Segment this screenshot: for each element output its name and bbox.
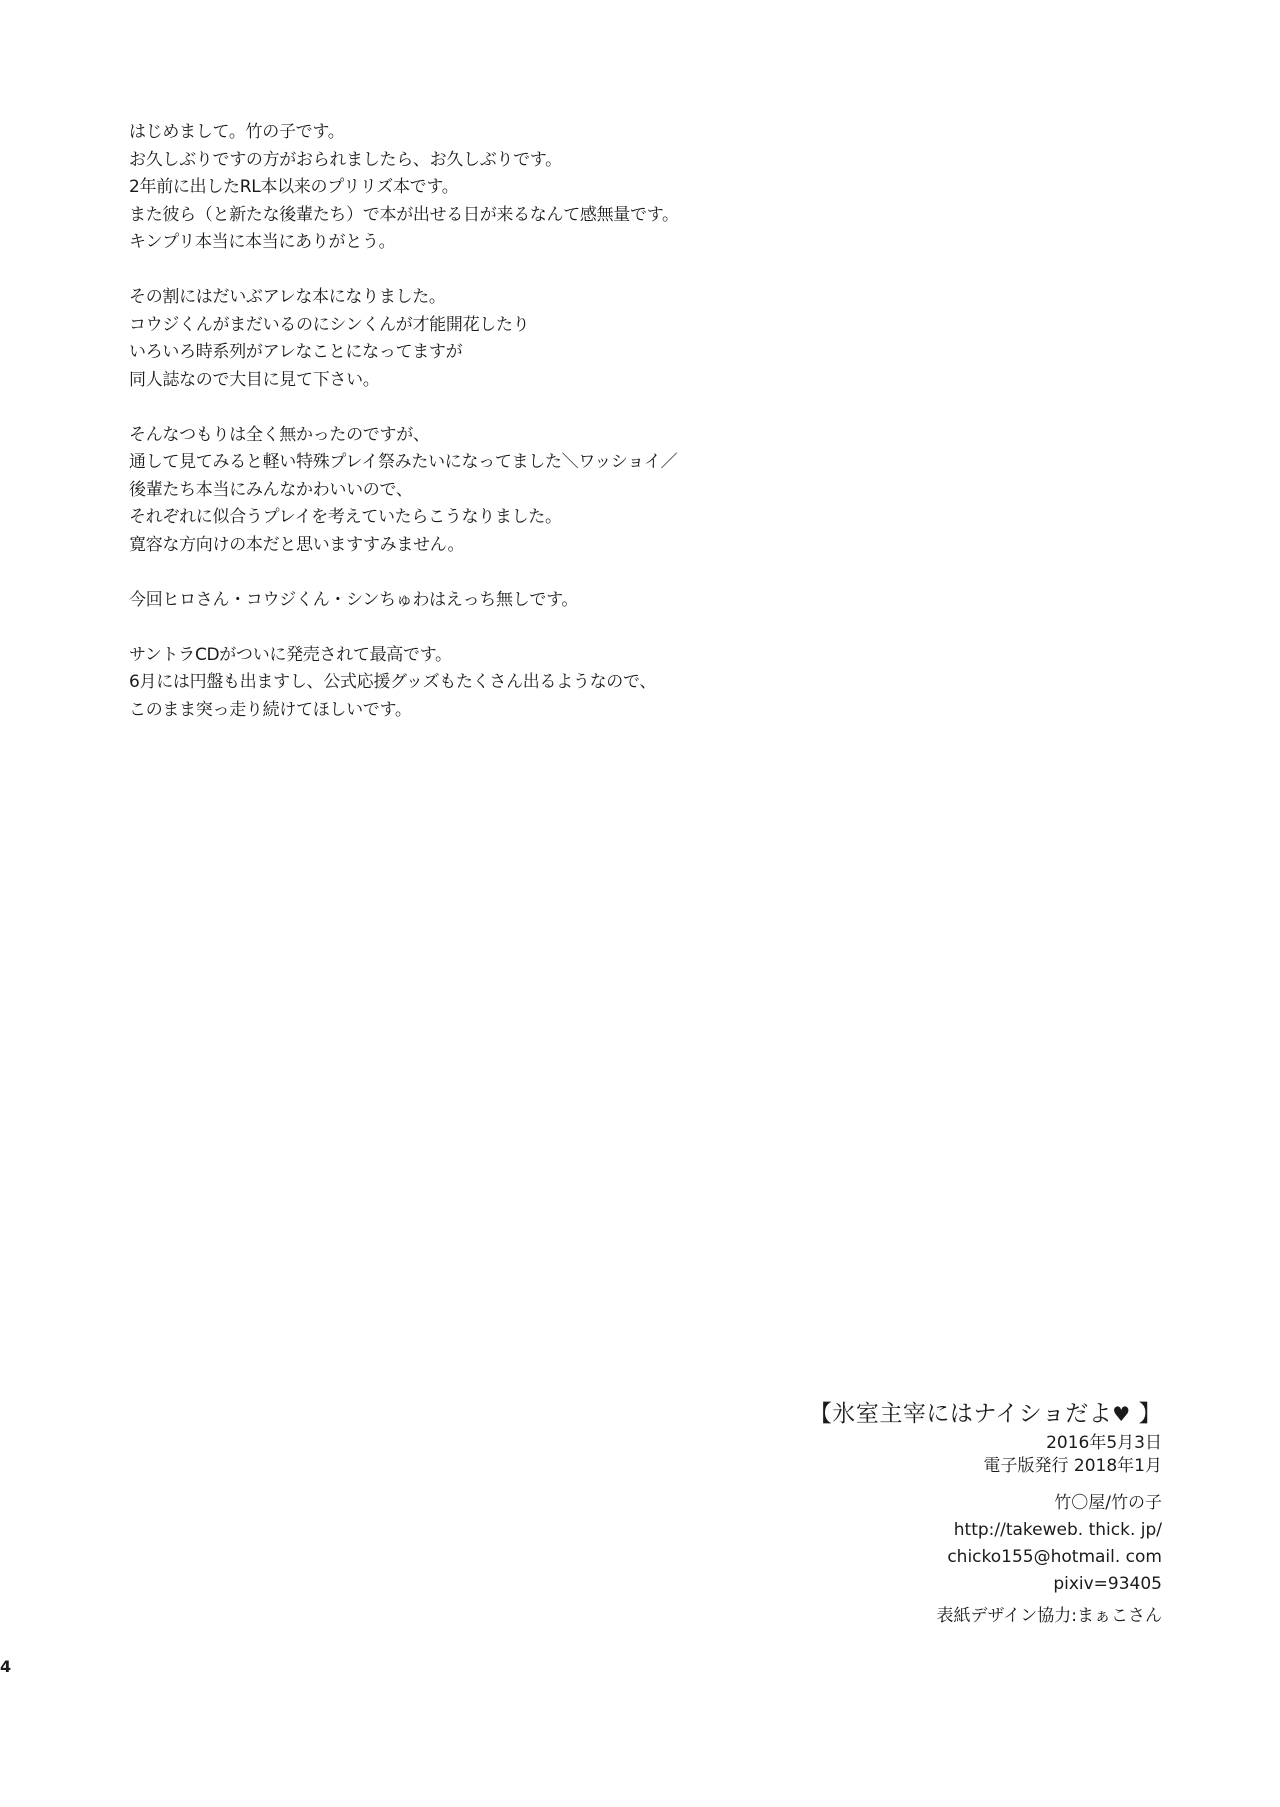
paragraph-book-notes: その割にはだいぶアレな本になりました。 コウジくんがまだいるのにシンくんが才能開… [129,284,829,394]
text-line: このまま突っ走り続けてほしいです。 [129,697,829,725]
title-text: 氷室主宰にはナイショだよ [832,1401,1112,1427]
text-line: 6月には円盤も出ますし、公式応援グッズもたくさん出るようなので、 [129,669,829,697]
ebook-release: 電子版発行 2018年1月 [809,1455,1162,1478]
publication-info: 2016年5月3日 電子版発行 2018年1月 [809,1432,1162,1478]
page-number: 4 [0,1657,11,1677]
author-info: 竹〇屋/竹の子 http://takeweb. thick. jp/ chick… [809,1490,1162,1598]
text-line: サントラCDがついに発売されて最高です。 [129,642,829,670]
cover-credit: 表紙デザイン協力:まぁこさん [809,1604,1162,1628]
paragraph-content-notes: そんなつもりは全く無かったのですが、 通して見てみると軽い特殊プレイ祭みたいにな… [129,422,829,560]
paragraph-closing: サントラCDがついに発売されて最高です。 6月には円盤も出ますし、公式応援グッズ… [129,642,829,725]
text-line: 後輩たち本当にみんなかわいいので、 [129,477,829,505]
paragraph-characters: 今回ヒロさん・コウジくん・シンちゅわはえっち無しです。 [129,587,829,615]
circle-name: 竹〇屋/竹の子 [809,1490,1162,1517]
text-line: また彼ら（と新たな後輩たち）で本が出せる日が来るなんて感無量です。 [129,202,829,230]
text-line: それぞれに似合うプレイを考えていたらこうなりました。 [129,504,829,532]
text-line: 通して見てみると軽い特殊プレイ祭みたいになってました＼ワッショイ／ [129,449,829,477]
email-link[interactable]: chicko155@hotmail. com [809,1544,1162,1571]
text-line: キンプリ本当に本当にありがとう。 [129,229,829,257]
text-line: いろいろ時系列がアレなことになってますが [129,339,829,367]
text-line: その割にはだいぶアレな本になりました。 [129,284,829,312]
title-bracket-open: 【 [809,1401,833,1427]
text-line: 2年前に出したRL本以来のプリリズ本です。 [129,174,829,202]
title-bracket-close: 】 [1131,1401,1162,1427]
text-line: 同人誌なので大目に見て下さい。 [129,367,829,395]
text-line: そんなつもりは全く無かったのですが、 [129,422,829,450]
text-line: はじめまして。竹の子です。 [129,119,829,147]
text-line: 寛容な方向けの本だと思いますすみません。 [129,532,829,560]
heart-icon: ♥ [1112,1402,1130,1426]
text-line: 今回ヒロさん・コウジくん・シンちゅわはえっち無しです。 [129,587,829,615]
colophon: 【氷室主宰にはナイショだよ♥ 】 2016年5月3日 電子版発行 2018年1月… [809,1398,1162,1628]
afterword-text: はじめまして。竹の子です。 お久しぶりですの方がおられましたら、お久しぶりです。… [129,119,829,752]
book-title: 【氷室主宰にはナイショだよ♥ 】 [809,1398,1162,1430]
pixiv-id: pixiv=93405 [809,1571,1162,1598]
text-line: お久しぶりですの方がおられましたら、お久しぶりです。 [129,147,829,175]
paragraph-greeting: はじめまして。竹の子です。 お久しぶりですの方がおられましたら、お久しぶりです。… [129,119,829,257]
text-line: コウジくんがまだいるのにシンくんが才能開花したり [129,312,829,340]
publication-date: 2016年5月3日 [809,1432,1162,1455]
website-link[interactable]: http://takeweb. thick. jp/ [809,1517,1162,1544]
